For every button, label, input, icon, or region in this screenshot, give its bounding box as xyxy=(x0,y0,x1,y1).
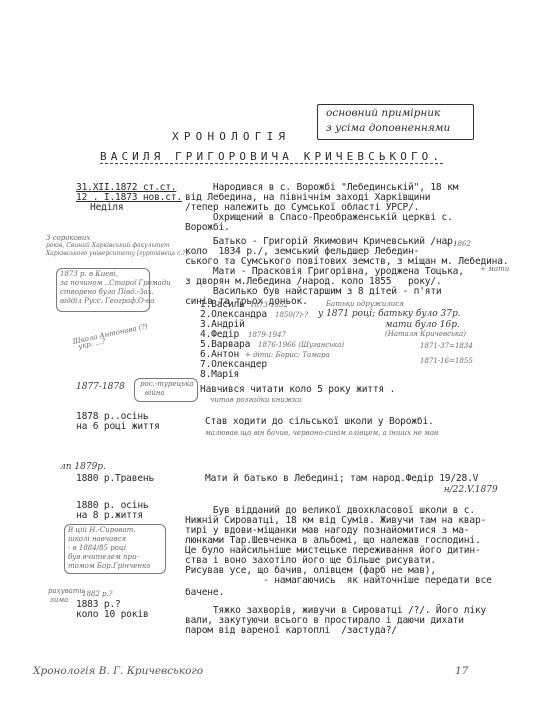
child-note: + діти: Борис; Тамара xyxy=(245,351,330,359)
calc-note: 1871-37=1834 xyxy=(420,342,473,350)
entry-3-date: на 6 році життя xyxy=(76,422,160,432)
entry-5-text-line: - намагаючись як найточніше передати все xyxy=(185,576,492,586)
document-title: ХРОНОЛОГІЯ xyxy=(172,130,290,143)
note-mother: + мати xyxy=(480,265,509,273)
top-left-note: Харківського університету [гуртківець с.… xyxy=(46,250,188,258)
entry-4-text: Мати й батько в Лебедині; там народ.Феді… xyxy=(205,474,478,484)
kyiv-note: відділ Русс. Географ.О-ва xyxy=(60,297,154,305)
entry-2-note: читав розгадки книжки xyxy=(210,396,302,404)
entry-5-text-line: бачене. xyxy=(185,588,224,598)
school-note: томом Бор.Грінченко xyxy=(68,562,150,570)
footer-title: Хронологія В. Г. Кричевського xyxy=(33,665,203,677)
top-left-note: років, Свиний Харківський факультет xyxy=(46,242,170,250)
document-page: основний примірник з усіма доповненнями … xyxy=(0,0,533,727)
child-note: 1850(?)-? xyxy=(275,311,308,319)
school-note: В цій Н.-Сироват. xyxy=(68,526,136,534)
note-1862: + 1862 xyxy=(445,240,471,248)
entry-6-text-line: паром від вареної картоплі /застуда?/ xyxy=(185,626,397,636)
married-note: (Наталя Кричевська) xyxy=(385,330,466,338)
school-note: - в 1884/85 році xyxy=(68,544,126,552)
stamp-line-1: основний примірник xyxy=(326,107,440,119)
child-note: 1873-1952 xyxy=(250,301,288,309)
stamp-box: основний примірник з усіма доповненнями xyxy=(317,104,474,140)
married-note: мати було 16р. xyxy=(385,320,460,330)
winter-note: зима xyxy=(50,596,68,604)
entry-1-text-line: Ворожбі. xyxy=(185,223,230,233)
war-years: 1877-1878 xyxy=(76,382,125,392)
child-list-item: 8.Марія xyxy=(200,370,239,380)
entry-3-note: малював що він бачив, червоно-синім олів… xyxy=(205,429,475,437)
child-note: 1876-1966 (Шуганська) xyxy=(258,341,344,349)
entry-6-correction: 1882 р.? xyxy=(82,590,113,598)
war-note: рос.-турецька xyxy=(140,380,194,388)
calc-note: 1871-16=1855 xyxy=(420,357,473,365)
stamp-line-2: з усіма доповненнями xyxy=(326,122,450,134)
school-note: школі навчався xyxy=(68,535,126,543)
child-note: 1879-1947 xyxy=(248,331,286,339)
entry-4-date: 1880 р.Травень xyxy=(76,474,154,484)
entry-4-correction: лп 1879р. xyxy=(60,462,106,472)
married-note: у 1871 році; батьку було 37р. xyxy=(318,309,461,319)
entry-3-text: Став ходити до сільської школи у Ворожбі… xyxy=(205,417,434,427)
school-note: був вчителем при- xyxy=(68,553,139,561)
married-note: Батьки одружилися xyxy=(326,300,404,308)
entry-5-date: на 8 р.життя xyxy=(76,511,143,521)
entry-4-note: н/22.V.1879 xyxy=(335,485,498,495)
entry-1-weekday: Неділя xyxy=(90,203,123,213)
war-note: війна xyxy=(145,389,165,397)
document-subtitle: ВАСИЛЯ ГРИГОРОВИЧА КРИЧЕВСЬКОГО. xyxy=(100,150,443,164)
top-left-note: З сорокових xyxy=(46,234,90,242)
kyiv-note: за почином ..Старої Громади xyxy=(60,279,171,287)
entry-2-text: Навчився читати коло 5 року життя . xyxy=(200,385,395,395)
entry-6-date: коло 10 років xyxy=(76,610,149,620)
kyiv-note: 1873 р. в Києві, xyxy=(60,270,118,278)
kyiv-note: створено було Півд.-Зах. xyxy=(60,288,154,296)
winter-note: рахувати xyxy=(48,587,84,595)
page-number: 17 xyxy=(455,665,468,677)
